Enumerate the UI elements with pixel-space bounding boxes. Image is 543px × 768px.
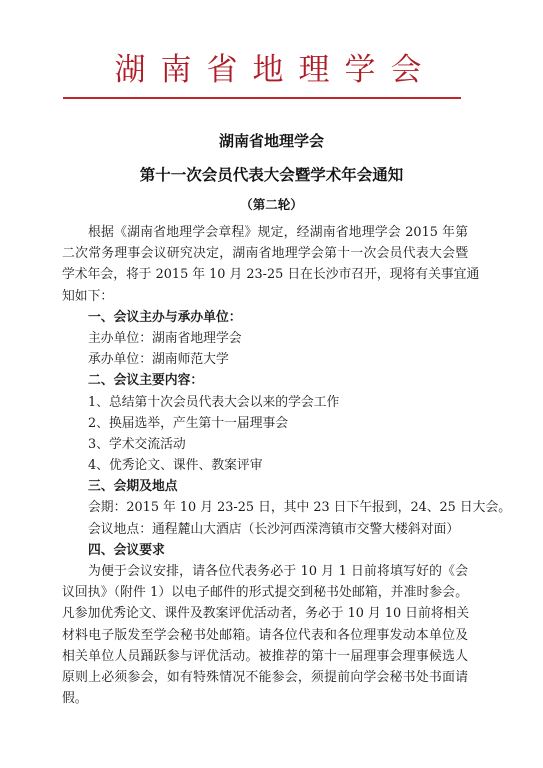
section-heading: 三、会期及地点 xyxy=(62,476,468,497)
section-line: 主办单位：湖南省地理学会 xyxy=(62,328,468,349)
section-line: 承办单位：湖南师范大学 xyxy=(62,349,468,370)
agenda-item: 1、总结第十次会员代表大会以来的学会工作 xyxy=(62,392,468,413)
section-organizers: 一、会议主办与承办单位： 主办单位：湖南省地理学会 承办单位：湖南师范大学 xyxy=(62,307,468,371)
requirements-line: 凡参加优秀论文、课件及教案评优活动者，务必于 10 月 10 日前将相关 xyxy=(62,603,468,624)
section-heading: 四、会议要求 xyxy=(62,540,468,561)
agenda-item: 2、换届选举，产生第十一届理事会 xyxy=(62,413,468,434)
meeting-date: 会期：2015 年 10 月 23-25 日，其中 23 日下午报到，24、25… xyxy=(62,497,468,518)
requirements-line: 原则上必须参会，如有特殊情况不能参会，须提前向学会秘书处书面请 xyxy=(62,667,468,688)
notice-body: 根据《湖南省地理学会章程》规定，经湖南省地理学会 2015 年第 二次常务理事会… xyxy=(62,222,468,709)
notice-title-round: （第二轮） xyxy=(0,195,543,213)
section-heading: 一、会议主办与承办单位： xyxy=(62,307,468,328)
requirements-line: 材料电子版发至学会秘书处邮箱。请各位代表和各位理事发动本单位及 xyxy=(62,625,468,646)
letterhead-org-name: 湖南省地理学会 xyxy=(0,50,543,90)
agenda-item: 4、优秀论文、课件、教案评审 xyxy=(62,455,468,476)
section-date-venue: 三、会期及地点 会期：2015 年 10 月 23-25 日，其中 23 日下午… xyxy=(62,476,468,540)
requirements-line: 相关单位人员踊跃参与评优活动。被推荐的第十一届理事会理事候选人 xyxy=(62,646,468,667)
agenda-item: 3、学术交流活动 xyxy=(62,434,468,455)
intro-line: 二次常务理事会议研究决定，湖南省地理学会第十一次会员代表大会暨 xyxy=(62,243,468,264)
section-requirements: 四、会议要求 为便于会议安排，请各位代表务必于 10 月 1 日前将填写好的《会… xyxy=(62,540,468,710)
intro-line: 学术年会，将于 2015 年 10 月 23-25 日在长沙市召开，现将有关事宜… xyxy=(62,264,468,285)
intro-line: 知如下： xyxy=(62,286,468,307)
meeting-venue: 会议地点：通程麓山大酒店（长沙河西溁湾镇市交警大楼斜对面） xyxy=(62,519,468,540)
section-heading: 二、会议主要内容： xyxy=(62,370,468,391)
requirements-line: 议回执》（附件 1）以电子邮件的形式提交到秘书处邮箱，并准时参会。 xyxy=(62,582,468,603)
notice-title-org: 湖南省地理学会 xyxy=(0,130,543,151)
intro-paragraph: 根据《湖南省地理学会章程》规定，经湖南省地理学会 2015 年第 二次常务理事会… xyxy=(62,222,468,307)
letterhead-divider xyxy=(63,97,461,99)
intro-line: 根据《湖南省地理学会章程》规定，经湖南省地理学会 2015 年第 xyxy=(62,222,468,243)
requirements-line: 假。 xyxy=(62,688,468,709)
section-agenda: 二、会议主要内容： 1、总结第十次会员代表大会以来的学会工作 2、换届选举，产生… xyxy=(62,370,468,476)
notice-title-main: 第十一次会员代表大会暨学术年会通知 xyxy=(0,163,543,185)
requirements-line: 为便于会议安排，请各位代表务必于 10 月 1 日前将填写好的《会 xyxy=(62,561,468,582)
